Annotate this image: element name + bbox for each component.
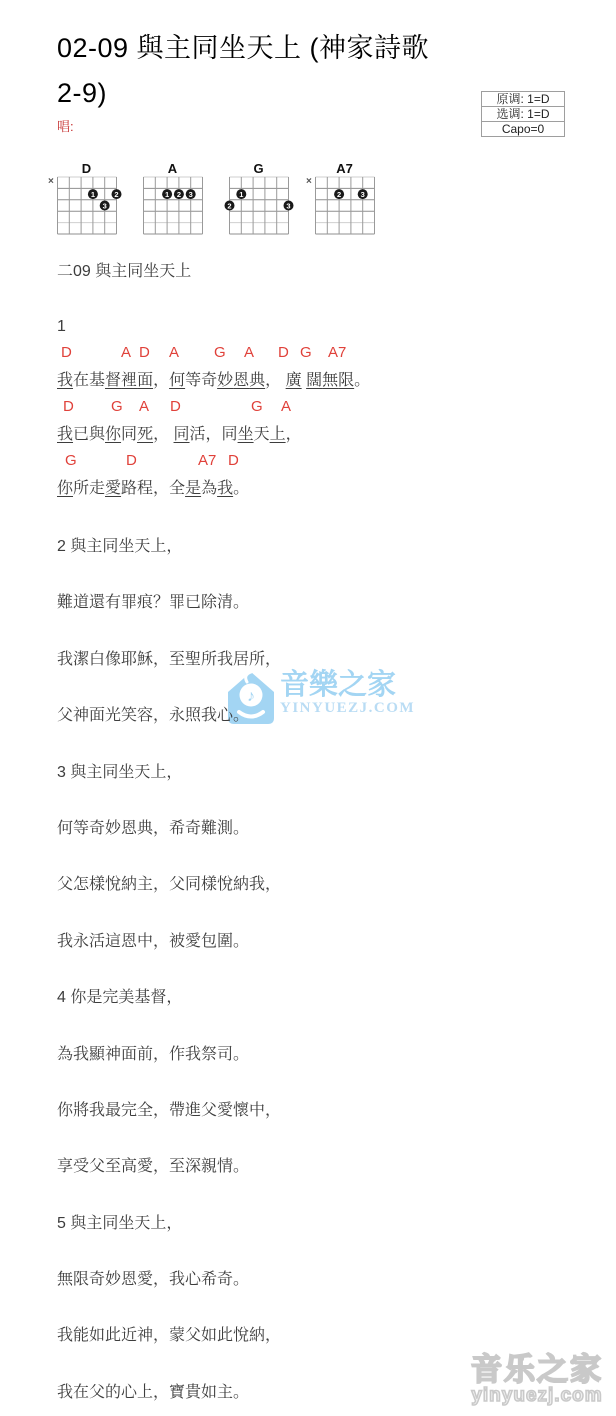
lyric-segment: 恩	[233, 372, 249, 389]
chord: A7	[198, 453, 216, 468]
svg-text:2: 2	[114, 190, 118, 199]
verse3-line: 父怎樣悅納主，父同樣悅納我，	[57, 877, 576, 893]
lyric-segment: 典	[249, 372, 265, 389]
lyric-segment: ，	[153, 372, 169, 389]
chord: G	[251, 399, 263, 414]
verse4-line: 為我顯神面前，作我祭司。	[57, 1047, 576, 1063]
svg-text:1: 1	[91, 190, 95, 199]
lyric-segment: 路程，全	[121, 480, 185, 497]
chord-grid-icon: 123	[133, 175, 212, 236]
chord-name: D	[47, 162, 126, 175]
lyric-segment: 是	[185, 480, 201, 497]
lyric-segment: 。	[233, 480, 249, 497]
lyric-segment: 你	[105, 426, 121, 443]
chord: D	[63, 399, 74, 414]
svg-text:3: 3	[103, 201, 107, 210]
chord: A	[244, 345, 254, 360]
chord-name: G	[219, 162, 298, 175]
key-info-box: 原调: 1=D 选调: 1=D Capo=0	[481, 91, 565, 137]
lyric-segment: ，	[286, 426, 302, 443]
lyric-segment: 我	[57, 426, 73, 443]
chord: G	[65, 453, 77, 468]
chord-diagram-D: D ×123	[47, 162, 133, 236]
verse5-line: 我能如此近神，蒙父如此悅納，	[57, 1328, 576, 1344]
lyric-segment: 同	[121, 426, 137, 443]
verse4-line: 享受父至高愛，至深親情。	[57, 1159, 576, 1175]
verse1-number: 1	[57, 319, 576, 335]
lyric-segment: 我	[217, 480, 233, 497]
lyric-segment: 死	[137, 426, 153, 443]
svg-text:×: ×	[48, 176, 54, 187]
verse2-line: 父神面光笑容，永照我心。	[57, 708, 576, 724]
svg-text:3: 3	[286, 201, 290, 210]
svg-text:2: 2	[337, 190, 341, 199]
chord-diagram-A7: A7 ×23	[305, 162, 391, 236]
chord-diagram-A: A 123	[133, 162, 219, 236]
chord: A	[139, 399, 149, 414]
chord: A	[121, 345, 131, 360]
lyric-segment: 闊	[306, 372, 322, 389]
chord: D	[139, 345, 150, 360]
lyric-segment: 活，同	[190, 426, 238, 443]
verse2-line: 我潔白像耶穌，至聖所我居所，	[57, 652, 576, 668]
chord-grid-icon: ×123	[47, 175, 126, 236]
lyric-segment: 裡	[121, 372, 137, 389]
original-key: 原调: 1=D	[482, 92, 565, 107]
verse3-line: 3 與主同坐天上，	[57, 765, 576, 781]
lyric-segment: 在基	[73, 372, 105, 389]
lyric-segment: 天	[254, 426, 270, 443]
selected-key: 选调: 1=D	[482, 107, 565, 122]
verse4-line: 4 你是完美基督，	[57, 990, 576, 1006]
song-section-title: 二09 與主同坐天上	[57, 264, 576, 280]
svg-text:3: 3	[189, 190, 193, 199]
chord-name: A	[133, 162, 212, 175]
verse3-line: 我永活這恩中，被愛包圍。	[57, 934, 576, 950]
chord: A7	[328, 345, 346, 360]
chord: D	[170, 399, 181, 414]
lyric-segment: 為	[201, 480, 217, 497]
capo-setting: Capo=0	[482, 122, 565, 137]
chord: D	[228, 453, 239, 468]
lyric-segment: 妙	[217, 372, 233, 389]
lyric-segment: 。	[354, 372, 370, 389]
chord: A	[281, 399, 291, 414]
page-title-line1: 02-09 與主同坐天上 (神家詩歌	[57, 33, 429, 63]
chord: G	[300, 345, 312, 360]
chord: D	[61, 345, 72, 360]
lyric-segment: 已與	[73, 426, 105, 443]
chord-line-1: DADAGADGA7	[57, 345, 576, 362]
lyric-segment: 坐	[238, 426, 254, 443]
lyric-segment: 你	[57, 480, 73, 497]
lyric-segment: 等奇	[185, 372, 217, 389]
lyric-segment: 面	[137, 372, 153, 389]
chord-grid-icon: ×23	[305, 175, 384, 236]
verse2-line: 難道還有罪痕？罪已除清。	[57, 595, 576, 611]
svg-text:2: 2	[177, 190, 181, 199]
chord-name: A7	[305, 162, 384, 175]
svg-text:2: 2	[227, 201, 231, 210]
verse4-line: 你將我最完全，帶進父愛懷中，	[57, 1103, 576, 1119]
chord-diagram-G: G 123	[219, 162, 305, 236]
page-title-line2: 2-9)	[57, 78, 107, 108]
lyric-segment: 所走	[73, 480, 105, 497]
verse3-line: 何等奇妙恩典，希奇難測。	[57, 821, 576, 837]
lyric-segment: ，	[153, 426, 173, 443]
lyric-segment: 同	[174, 426, 190, 443]
lyric-segment: 督	[105, 372, 121, 389]
chord: G	[111, 399, 123, 414]
lyric-segment: 上	[270, 426, 286, 443]
lyric-segment: 廣	[286, 372, 302, 389]
verse5-line: 我在父的心上，寶貴如主。	[57, 1385, 576, 1401]
chord-sheet-page: { "header": { "title_line1": "02-09 與主同坐…	[0, 0, 616, 1416]
sheet-content: 02-09 與主同坐天上 (神家詩歌2-9) 唱: 原调: 1=D 选调: 1=…	[0, 0, 616, 1401]
song-body: 二09 與主同坐天上 1 DADAGADGA7 我在基督裡面，何等奇妙恩典， 廣…	[57, 264, 576, 1401]
verse5-line: 無限奇妙恩愛，我心希奇。	[57, 1272, 576, 1288]
lyric-segment: 何	[169, 372, 185, 389]
lyric-line-3: 你所走愛路程，全是為我。	[57, 480, 576, 497]
svg-text:×: ×	[306, 176, 312, 187]
svg-text:1: 1	[165, 190, 169, 199]
lyric-segment: ，	[265, 372, 285, 389]
chord: A	[169, 345, 179, 360]
lyric-line-1: 我在基督裡面，何等奇妙恩典， 廣 闊無限。	[57, 372, 576, 389]
chord: D	[278, 345, 289, 360]
lyric-segment: 我	[57, 372, 73, 389]
verse2-line: 2 與主同坐天上，	[57, 539, 576, 555]
svg-text:3: 3	[361, 190, 365, 199]
lyric-segment: 無	[322, 372, 338, 389]
chord-line-3: GDA7D	[57, 453, 576, 470]
svg-text:1: 1	[239, 190, 243, 199]
chord-line-2: DGADGA	[57, 399, 576, 416]
lyric-segment: 限	[338, 372, 354, 389]
chord: D	[126, 453, 137, 468]
chord-grid-icon: 123	[219, 175, 298, 236]
lyric-line-2: 我已與你同死， 同活，同坐天上，	[57, 426, 576, 443]
verse5-line: 5 與主同坐天上，	[57, 1216, 576, 1232]
lyric-segment: 愛	[105, 480, 121, 497]
chord: G	[214, 345, 226, 360]
chord-diagrams-row: D ×123 A 123 G 123 A7 ×23	[47, 162, 576, 236]
